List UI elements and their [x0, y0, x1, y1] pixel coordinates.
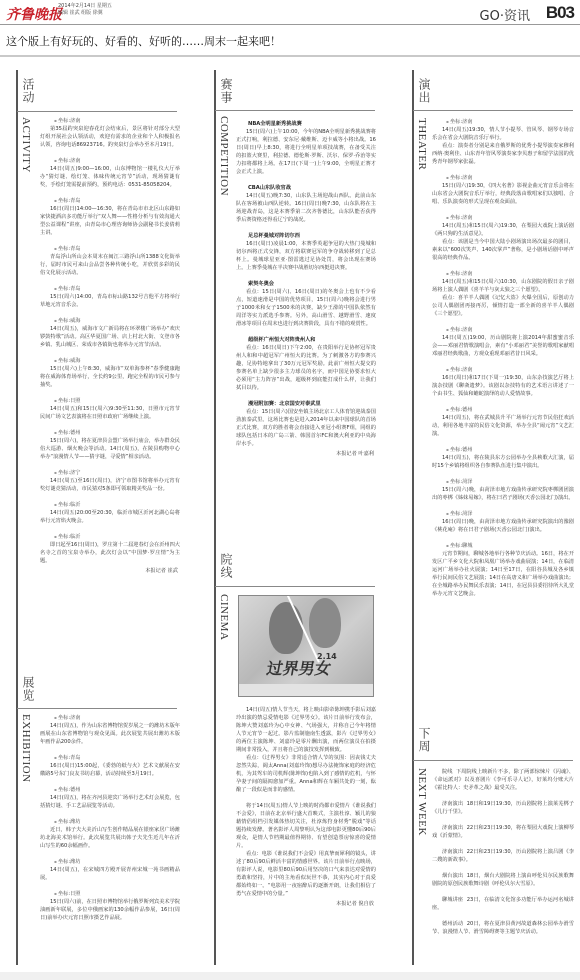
section-divider-activity — [17, 111, 177, 112]
section-divider-theater — [413, 110, 573, 111]
article: 坐标:菏泽16日(周日)晚，由菏泽市地方戏曲传承研究院演出的豫剧《桃花庵》将在曰… — [432, 510, 574, 534]
section-name: GO·资讯 — [480, 5, 530, 24]
article: 坐标:威海15日(周六)上午8:30，威海市“双单海参杯”春季健康跑将在威海体育… — [40, 357, 180, 389]
cinema-articles: 14日(周五)情人节当天，将上映由影帝陈坤携手影后刘嘉玲出演的禁忌爱情电影《过界… — [236, 706, 376, 916]
poster-actress — [269, 602, 303, 654]
item-label: 院线 — [442, 769, 453, 775]
item-label: 济南演出 — [442, 825, 463, 831]
article: 坐标:济南14日(周五)19:30，情人节小提琴、管风琴、钢琴专场音乐会在省会大… — [432, 118, 574, 166]
item-label: 德州活动 — [442, 921, 463, 927]
page-headline: 这个版上有好玩的、好看的、好听的……周末一起来吧！ — [6, 33, 281, 49]
list-item: 济南演出 18日和19日19:30，历山剧院将上演莱芜梆子《儿行千里》。 — [432, 800, 574, 816]
page-number: B03 — [546, 3, 574, 23]
article: NBA全明星新秀挑战赛15日(周六)上午10:00，今年的NBA全明星新秀挑战赛… — [236, 120, 376, 176]
article: 坐标:青岛16日(周日)14:00—16:30，将在青岛市市北区山东路如家快捷酒… — [40, 197, 180, 237]
article: 坐标:济南14日(周五)，作为山东省博物馆贺岁展之一的潍坊木版年画展在山东省博物… — [40, 714, 180, 746]
dateline: 2014年2月14日 星期五 编辑 崔武 组版 徐翼 — [58, 3, 112, 17]
issue-date: 2014年2月14日 星期五 — [58, 3, 112, 10]
section-tag-competition-cn: 赛事 — [218, 78, 235, 104]
article: 漫冠附加赛：北京国安对泰武里看点：15日(周六)国安坐镇主场北京工人体育馆迎战泰… — [236, 400, 376, 458]
item-label: 烟台演出 — [442, 873, 463, 879]
article: 14日(周五)情人节当天，将上映由影帝陈坤携手影后刘嘉玲出演的禁忌爱情电影《过界… — [236, 706, 376, 754]
section-tag-exhibition-cn: 展览 — [20, 676, 37, 702]
article: 坐标:德州15日(周六)，将在夏津县会盟广场举行庙会，举办群众民俗大巡游、烟火晚… — [40, 429, 180, 461]
article: 坐标:济宁14日(周五)至16日(周日)，济宁市图书馆将举办元宵有奖灯谜竞猜活动… — [40, 469, 180, 493]
byline: 本报记者 崔武 — [40, 567, 180, 575]
section-divider-exhibition — [17, 708, 177, 709]
list-item: 济南演出 22日和23日19:30，将在梨园大戏院上演柳琴戏《沂蒙情》。 — [432, 824, 574, 840]
masthead: 齐鲁晚报 2014年2月14日 星期五 编辑 崔武 组版 徐翼 GO·资讯 B0… — [0, 0, 580, 25]
list-item: 济南演出 22日和23日19:30，历山剧院将上演吕剧《李二嫂的新故事》。 — [432, 848, 574, 864]
theater-articles: 坐标:济南14日(周五)19:30，情人节小提琴、管风琴、钢琴专场音乐会在省会大… — [432, 118, 574, 606]
article: CBA山东队收官战14日(周五)晚7:30，山东队主场迎战山西队。此前山东队在客… — [236, 184, 376, 224]
byline: 本报记者 倪自放 — [236, 900, 376, 908]
article: 坐标:日照15日(周六)前，在日照市博物馆举行俄罗斯列宾美术学院油画新年联展，多… — [40, 890, 180, 922]
list-item: 德州活动 20日，将在夏津县黄河故道森林公园举办滑雪节、浪漫情人节、滑雪障碍赛等… — [432, 920, 574, 936]
poster-actor — [309, 598, 341, 648]
article: 坐标:临沂即日起至16日(周日)，罗庄第十二届迎春灯会在沂州四大名寺之首的宝泉寺… — [40, 533, 180, 575]
item-label: 聊城讲座 — [442, 897, 463, 903]
section-tag-theater-en: THEATER — [416, 118, 428, 170]
section-tag-cinema-en: CINEMA — [218, 594, 230, 640]
section-tag-competition-en: COMPETITION — [218, 116, 230, 196]
activity-articles: 坐标:济南第35届趵突泉迎春花灯会结束后，景区将针对部分大型灯组开展社会认领活动… — [40, 117, 180, 583]
section-tag-next-week-en: NEXT WEEK — [416, 768, 428, 836]
item-label: 济南演出 — [442, 801, 463, 807]
article: 坐标:济南14日(周五)19:00，历山剧院将上演2014年甜蜜蜜音乐会——邓丽… — [432, 326, 574, 358]
section-tag-theater-cn: 演出 — [416, 78, 433, 104]
next-week-items: 院线 下周院线上映新片不多，除了两部惊悚片《闪魂》、《命运派对》以及喜剧片《李可… — [432, 768, 574, 944]
article: 索契冬奥会看点：15日(周六)、16日(周日)的冬奥会上也有不少看点，短道速滑是… — [236, 280, 376, 328]
article: 坐标:菏泽15日(周六)晚，由菏泽市地方戏曲传承研究院枣梆剧团演出的枣梆《姊妹易… — [432, 478, 574, 502]
article: 坐标:青岛16日(周日)15:00起，《委勃的纸与火》艺术文献展在安徽路5号东门… — [40, 754, 180, 778]
article: 坐标:济南16日(周日)和17日(下周一)19:30，山东杂技演艺厅将上演杂技剧… — [432, 366, 574, 398]
article: 坐标:临沂14日(周五)20:00至20:30，临沂市城区沂河北湖心岛将举行元宵… — [40, 501, 180, 525]
page-footer — [0, 972, 580, 980]
newspaper-logo: 齐鲁晚报 — [6, 4, 62, 24]
section-tag-exhibition-en: EXHIBITION — [20, 714, 32, 783]
list-item: 院线 下周院线上映新片不多，除了两部惊悚片《闪魂》、《命运派对》以及喜剧片《李可… — [432, 768, 574, 792]
headline-divider — [0, 55, 580, 57]
article: 坐标:青岛青岛浮山所山会本周末在闽江三路浮山所1388文化街举行，届时市民可来山… — [40, 245, 180, 277]
section-divider-cinema — [215, 586, 375, 587]
article: 坐标:德州14日(周五)，将在陵县东方公园举办全县秧歌大汇演，届时15个乡镇将组… — [432, 446, 574, 470]
article: 坐标:威海14日(周五)，威海市文广新局将在环翠楼广场举办“欢庆锣鼓特歌”活动。… — [40, 317, 180, 349]
poster-date: 2.14 — [317, 652, 337, 661]
article: 坐标:青岛15日(周六)14:00，青岛市标山路132号吉他平方将举行草地元宵音… — [40, 285, 180, 309]
article: 坐标:济南14日(周五)和15日(周六)19:30，在梨园大戏院上演话剧《两只狗… — [432, 214, 574, 262]
section-tag-next-week-cn: 下周 — [416, 727, 433, 753]
byline: 本报记者 叶嘉利 — [236, 450, 376, 458]
article: 足总杯曼城对阵切尔西16日(周日)凌晨1:00，本赛季英超争冠的大热门曼城和切尔… — [236, 232, 376, 272]
editors: 编辑 崔武 组版 徐翼 — [58, 10, 112, 17]
movie-poster-image: 过界男女 2.14 — [238, 595, 374, 697]
list-item: 烟台演出 18日，烟台大剧院将上演由呼伦贝尔民族歌舞剧院的原创民族歌舞诗剧《呼伦… — [432, 872, 574, 888]
article: 坐标:德州14日(周五)，将在齐河县迎宾广场举行艺术灯会展览，包括猜灯谜、手工艺… — [40, 786, 180, 810]
section-divider-competition — [215, 110, 375, 111]
exhibition-articles: 坐标:济南14日(周五)，作为山东省博物馆贺岁展之一的潍坊木版年画展在山东省博物… — [40, 714, 180, 930]
article: 坐标:日照14日(周五)和15日(周六)9:30至11:30，日照市元宵节民间广… — [40, 397, 180, 421]
article: 坐标:聊城元宵节期间，聊城各地举行各种节庆活动。16日，将在开发区广平乡文化大院… — [432, 542, 574, 598]
item-label: 济南演出 — [442, 849, 463, 855]
competition-articles: NBA全明星新秀挑战赛15日(周六)上午10:00，今年的NBA全明星新秀挑战赛… — [236, 120, 376, 466]
article: 坐标:潍坊近日，韩子夫大美沂山写生创作精品展在银座家居广场潍坊北海美术馆举行。此… — [40, 818, 180, 850]
section-tag-activity-en: ACTIVITY — [20, 117, 32, 173]
article: 坐标:济南14日(周五)9:00—16:00，山东博物馆一楼礼仪大厅举办“猜灯谜… — [40, 157, 180, 189]
article: 坐标:济南14日(周五)和15日(周六)10:30，山东剧院的假日亲子剧场将上演… — [432, 270, 574, 318]
section-tag-cinema-cn: 院线 — [218, 553, 235, 579]
article: 看点：《过界男女》非常适合情人节的氛围：因丧钱丈夫忽然失踪，阔太Anna(刘嘉玲… — [236, 754, 376, 794]
article: 坐标:德州14日(周五)，将在武城县升平广场举行元宵节民俗狂欢活动，利用各地丰富… — [432, 406, 574, 438]
article: 看点：电影《谁说我们不会爱》用真挚而犀利的镜头，讲述了80后90后鲜活丰富的情感… — [236, 850, 376, 908]
article: 坐标:济南第35届趵突泉迎春花灯会结束后，景区将针对部分大型灯组开展社会认领活动… — [40, 117, 180, 149]
article: 将于14日(周五)情人节上映的时尚都市爱情片《谁说我们不会爱》，日前在北京举行盛… — [236, 802, 376, 850]
section-tag-activity-cn: 活动 — [20, 78, 37, 104]
column-bar-middle — [214, 70, 216, 965]
section-divider-next-week — [413, 760, 573, 761]
article: 坐标:济南15日(周六)19:30，《四大名著》影视金曲元宵音乐会将在山东省会大… — [432, 174, 574, 206]
list-item: 聊城讲座 23日，在临清文化馆多功能厅举办运河名城讲座。 — [432, 896, 574, 912]
article: 超级杯广州恒大对阵贵州人和看点：16日(周日)下午2:00，在贵阳举行足协杯冠军… — [236, 336, 376, 392]
newspaper-page: 齐鲁晚报 2014年2月14日 星期五 编辑 崔武 组版 徐翼 GO·资讯 B0… — [0, 0, 580, 980]
column-bar-left — [16, 70, 18, 965]
column-bar-right — [412, 70, 414, 965]
article: 坐标:潍坊14日(周五)，在宋城四方殿开展青州宋城一苑书画精品展。 — [40, 858, 180, 882]
